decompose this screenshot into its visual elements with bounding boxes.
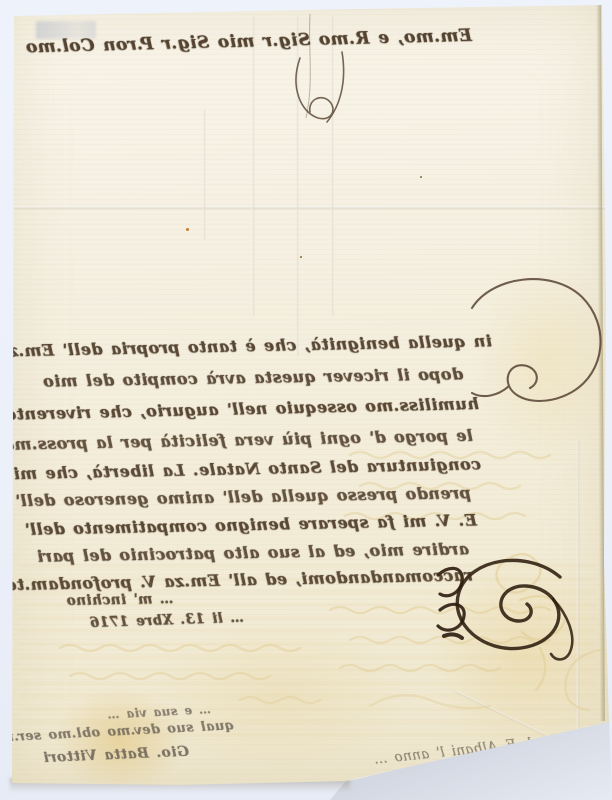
mirrored-date-line: … li 13. Xbre 1716 — [112, 610, 244, 631]
paper-sheet: Em.mo, e R.mo Sig.r mio Sig.r P.ron Col.… — [0, 0, 612, 800]
mirrored-body-line: dopo il ricever questa avrà compito del … — [35, 364, 471, 391]
mirrored-body-line: le porgo d' ogni più vera felicità per l… — [35, 426, 473, 453]
mirrored-address-block-line: Gio. Batta Vittori — [22, 743, 211, 767]
paper-right-edge — [596, 5, 605, 721]
vertical-crease — [331, 16, 333, 316]
ink-speck — [186, 228, 189, 231]
mirrored-address-block-line: qual suo dev.mo obl.mo ser.re — [16, 718, 234, 744]
mirrored-body-line: raccomandandomi, ed all' Em.za V. profon… — [35, 565, 473, 593]
mirrored-body-line: ardire mio, ed al suo alto patrocinio de… — [35, 539, 471, 566]
aging-patch — [470, 250, 612, 470]
address-flourish — [296, 52, 344, 122]
ink-speck — [300, 256, 302, 258]
mirrored-body-line: in quella benignità, che è tanto propria… — [36, 331, 492, 360]
vertical-crease — [252, 16, 254, 316]
mirrored-body-line: E. V. mi fa sperare benigno compatimento… — [35, 510, 477, 538]
mirrored-body-line: prendo presso quella dell' animo generos… — [35, 483, 471, 510]
mirrored-body-line: humiliss.mo ossequio nell' augurio, che … — [35, 394, 479, 423]
horizontal-fold-crease — [14, 206, 606, 209]
mirrored-body-line: congiuntura del Santo Natale. La libertà… — [35, 454, 481, 482]
vertical-crease — [203, 110, 205, 240]
mirrored-closing-line: … m' inchino — [55, 591, 185, 609]
vertical-crease — [296, 16, 298, 356]
manuscript-scan: Em.mo, e R.mo Sig.r mio Sig.r P.ron Col.… — [0, 0, 612, 800]
mirrored-address-line: Em.mo, e R.mo Sig.r mio Sig.r P.ron Col.… — [148, 26, 472, 54]
ink-speck — [420, 176, 422, 178]
vertical-crease — [577, 440, 579, 735]
